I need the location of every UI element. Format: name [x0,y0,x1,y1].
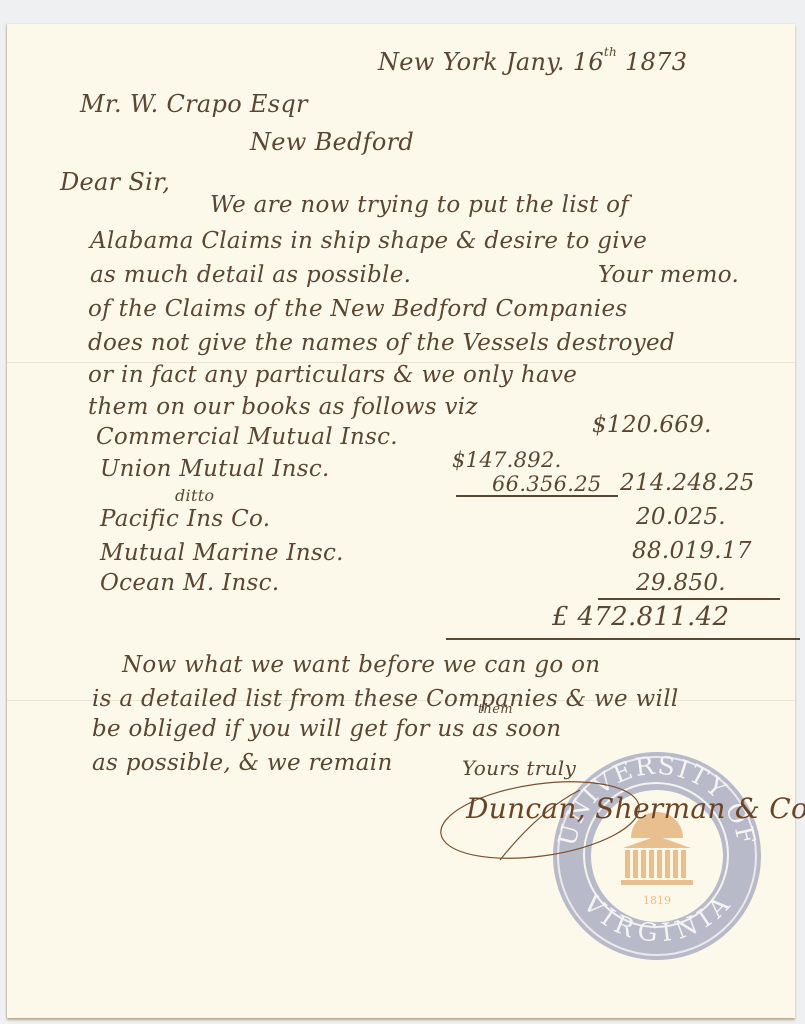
dateline-suffix: th [604,45,617,59]
body-line: Your memo. [598,262,739,288]
claim-company: ditto [175,486,214,505]
seal-year: 1819 [591,894,723,907]
signature-flourish [430,770,700,880]
body-line: does not give the names of the Vessels d… [88,330,675,356]
subtotal-rule [456,495,618,497]
claim-amount: 214.248.25 [620,470,755,496]
claim-company: Ocean M. Insc. [100,570,279,596]
closing-line: be obliged if you will get for us as soo… [92,716,561,742]
body-line: them on our books as follows viz [88,394,478,420]
body-line: Alabama Claims in ship shape & desire to… [90,228,647,254]
claim-amount: $120.669. [592,412,712,438]
total-line: £ 472.811.42 [552,602,729,632]
claim-sub-amount: $147.892. [452,448,562,472]
recipient-name: Mr. W. Crapo Esqr [80,90,308,118]
claim-sub-amount: 66.356.25 [492,472,602,496]
claim-amount: 29.850. [636,570,726,596]
claim-amount: 88.019.17 [632,538,752,564]
dateline-place: New York [378,48,498,76]
dateline-year: 1873 [625,48,687,76]
claim-company: Pacific Ins Co. [100,506,270,532]
total-underline [446,638,800,640]
currency-symbol: £ [552,602,569,632]
total-rule [598,598,780,600]
body-line: or in fact any particulars & we only hav… [88,362,577,388]
body-line: of the Claims of the New Bedford Compani… [88,296,627,322]
dateline: New York Jany. 16th 1873 [378,48,687,76]
dateline-date: Jany. 16 [506,48,604,76]
closing-insert: them [478,702,513,717]
salutation: Dear Sir, [60,168,170,196]
claim-company: Union Mutual Insc. [100,456,330,482]
body-line: We are now trying to put the list of [210,192,629,218]
claim-company: Mutual Marine Insc. [100,540,344,566]
closing-line: is a detailed list from these Companies … [92,686,679,712]
total-amount: 472.811.42 [577,602,729,632]
claim-amount: 20.025. [636,504,726,530]
body-line: as much detail as possible. [90,262,411,288]
signature: Duncan, Sherman & Co. [466,792,805,825]
claim-company: Commercial Mutual Insc. [96,424,398,450]
closing-line: as possible, & we remain [92,750,393,776]
closing-line: Now what we want before we can go on [122,652,600,678]
recipient-city: New Bedford [250,128,414,156]
